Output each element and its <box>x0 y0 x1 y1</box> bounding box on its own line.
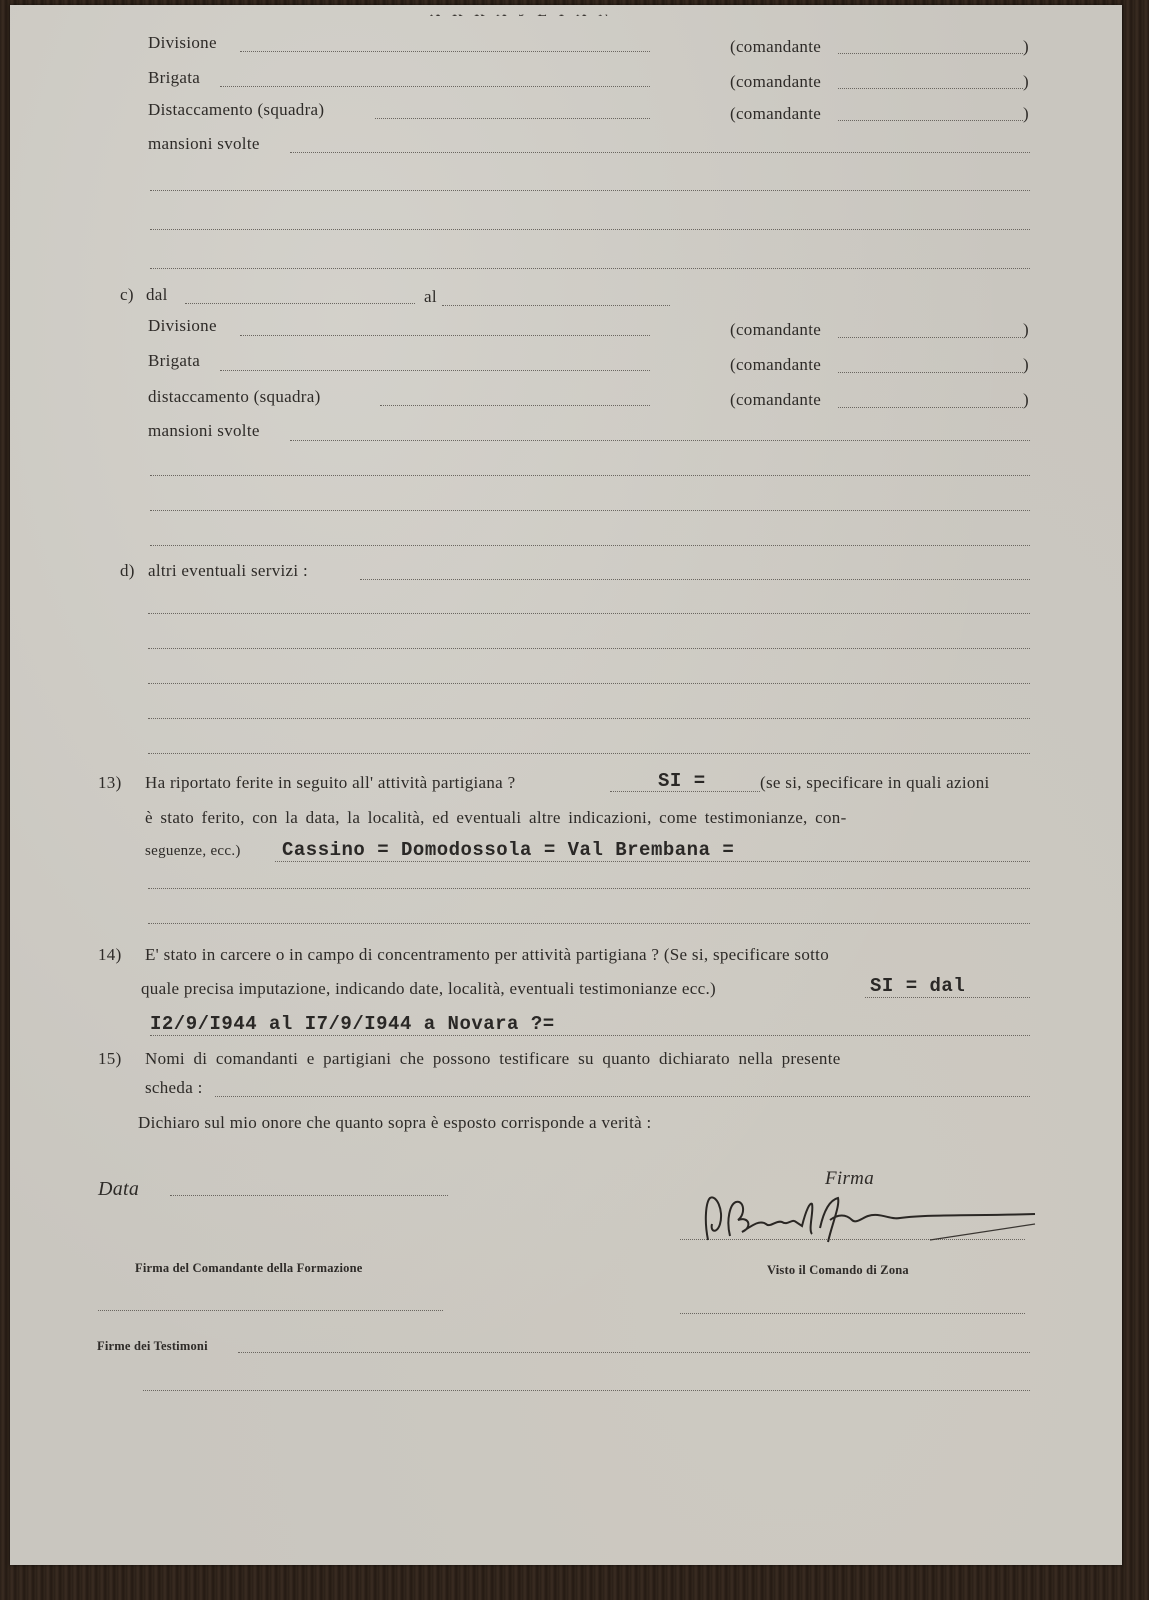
divisione-field[interactable] <box>240 335 650 336</box>
comandante-field[interactable] <box>838 53 1023 54</box>
brigata-label: Brigata <box>148 68 200 88</box>
comandante-field[interactable] <box>838 407 1023 408</box>
mansioni-label: mansioni svolte <box>148 421 260 441</box>
altri-servizi-label: altri eventuali servizi : <box>148 561 308 581</box>
q14-answer-line[interactable] <box>865 997 1030 998</box>
altri-servizi-field[interactable] <box>360 579 1030 580</box>
q14-details-field[interactable] <box>150 1035 1030 1036</box>
close-paren: ) <box>1023 320 1029 340</box>
q13-answer-yes: SI = <box>658 770 706 792</box>
form-page: ARRAJEIAN Divisione (comandante ) Brigat… <box>10 5 1122 1565</box>
comandante-label: (comandante <box>730 104 821 124</box>
close-paren: ) <box>1023 104 1029 124</box>
distaccamento-field[interactable] <box>380 405 650 406</box>
close-paren: ) <box>1023 72 1029 92</box>
mansioni-line[interactable] <box>150 510 1030 511</box>
brigata-field[interactable] <box>220 86 650 87</box>
mansioni-line[interactable] <box>150 229 1030 230</box>
comandante-field[interactable] <box>838 120 1023 121</box>
close-paren: ) <box>1023 355 1029 375</box>
section-c-letter: c) <box>120 285 134 305</box>
comandante-label: (comandante <box>730 320 821 340</box>
al-label: al <box>424 287 437 307</box>
mansioni-field[interactable] <box>290 440 1030 441</box>
close-paren: ) <box>1023 390 1029 410</box>
testimoni-field[interactable] <box>238 1352 1030 1353</box>
comandante-label: (comandante <box>730 72 821 92</box>
comandante-field[interactable] <box>838 372 1023 373</box>
q14-details-answer: I2/9/I944 al I7/9/I944 a Novara ?= <box>150 1013 555 1035</box>
testimoni-label: Firme dei Testimoni <box>97 1339 208 1354</box>
brigata-field[interactable] <box>220 370 650 371</box>
q15-names-field[interactable] <box>215 1096 1030 1097</box>
mansioni-line[interactable] <box>150 190 1030 191</box>
q14-question-cont: quale precisa imputazione, indicando dat… <box>141 979 716 999</box>
mansioni-label: mansioni svolte <box>148 134 260 154</box>
brigata-label: Brigata <box>148 351 200 371</box>
distaccamento-label: Distaccamento (squadra) <box>148 100 324 120</box>
comandante-formazione-label: Firma del Comandante della Formazione <box>135 1261 363 1276</box>
comando-zona-signature-field[interactable] <box>680 1313 1025 1314</box>
q14-number: 14) <box>98 945 122 965</box>
q13-consequences-label: seguenze, ecc.) <box>145 843 241 860</box>
q14-answer-yes: SI = dal <box>870 975 965 997</box>
q13-number: 13) <box>98 773 122 793</box>
divisione-label: Divisione <box>148 33 217 53</box>
q15-scheda-label: scheda : <box>145 1078 203 1098</box>
comandante-label: (comandante <box>730 355 821 375</box>
testimoni-line[interactable] <box>143 1390 1030 1391</box>
q13-question: Ha riportato ferite in seguito all' atti… <box>145 773 515 793</box>
comandante-label: (comandante <box>730 37 821 57</box>
altri-servizi-line[interactable] <box>148 648 1030 649</box>
header-fragment: ARRAJEIAN <box>430 5 620 21</box>
comandante-field[interactable] <box>838 88 1023 89</box>
altri-servizi-line[interactable] <box>148 718 1030 719</box>
altri-servizi-line[interactable] <box>148 613 1030 614</box>
comandante-field[interactable] <box>838 337 1023 338</box>
q14-question: E' stato in carcere o in campo di concen… <box>145 945 829 965</box>
divisione-label: Divisione <box>148 316 217 336</box>
q13-question-cont: è stato ferito, con la data, la località… <box>145 808 847 828</box>
close-paren: ) <box>1023 37 1029 57</box>
q13-line[interactable] <box>148 923 1030 924</box>
q13-instruction: (se si, specificare in quali azioni <box>760 773 990 793</box>
distaccamento-label: distaccamento (squadra) <box>148 387 321 407</box>
section-d-letter: d) <box>120 561 135 581</box>
distaccamento-field[interactable] <box>375 118 650 119</box>
al-field[interactable] <box>442 305 670 306</box>
q15-number: 15) <box>98 1049 122 1069</box>
handwritten-signature <box>690 1180 1040 1260</box>
q13-details-answer: Cassino = Domodossola = Val Brembana = <box>282 839 734 861</box>
declaration-text: Dichiaro sul mio onore che quanto sopra … <box>138 1113 652 1133</box>
data-field[interactable] <box>170 1195 448 1196</box>
altri-servizi-line[interactable] <box>148 753 1030 754</box>
comando-zona-label: Visto il Comando di Zona <box>767 1263 909 1278</box>
altri-servizi-line[interactable] <box>148 683 1030 684</box>
mansioni-line[interactable] <box>150 475 1030 476</box>
divisione-field[interactable] <box>240 51 650 52</box>
q15-question: Nomi di comandanti e partigiani che poss… <box>145 1049 841 1069</box>
q13-details-field[interactable] <box>275 861 1030 862</box>
mansioni-line[interactable] <box>150 545 1030 546</box>
dal-field[interactable] <box>185 303 415 304</box>
data-label: Data <box>98 1178 139 1201</box>
q13-line[interactable] <box>148 888 1030 889</box>
mansioni-line[interactable] <box>150 268 1030 269</box>
comandante-label: (comandante <box>730 390 821 410</box>
mansioni-field[interactable] <box>290 152 1030 153</box>
comandante-formazione-signature-field[interactable] <box>98 1310 443 1311</box>
dal-label: dal <box>146 285 168 305</box>
